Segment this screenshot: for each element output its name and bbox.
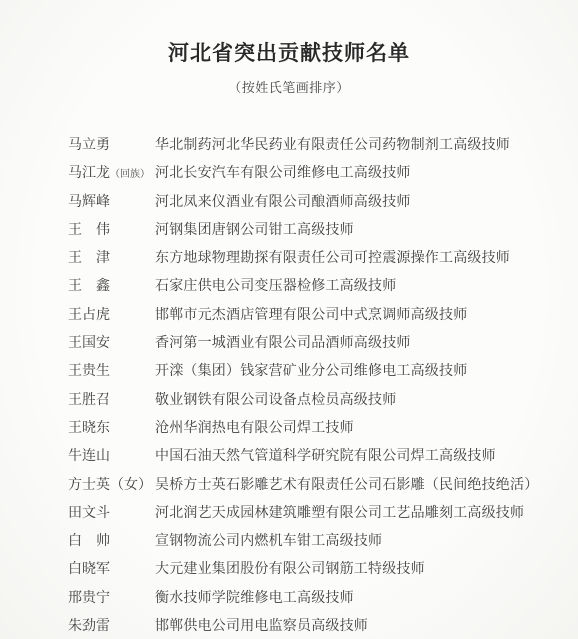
person-name-text: 牛连山 <box>68 449 110 464</box>
person-name: 方士英（女） <box>68 474 155 494</box>
roster-row: 朱劲雷 邯郸供电公司用电监察员高级技师 <box>68 615 558 639</box>
person-position: 大元建业集团股份有限公司钢筋工特级技师 <box>155 558 425 578</box>
roster-row: 白晓军 大元建业集团股份有限公司钢筋工特级技师 <box>68 558 558 586</box>
roster-row: 白 帅 宣钢物流公司内燃机车钳工高级技师 <box>68 530 558 558</box>
roster-row: 王 鑫 石家庄供电公司变压器检修工高级技师 <box>68 275 558 303</box>
person-name: 朱劲雷 <box>68 615 155 635</box>
person-name: 马江龙（回族） <box>68 162 155 182</box>
person-name: 王 伟 <box>68 219 155 239</box>
person-name-text: 王 伟 <box>68 223 110 238</box>
person-name-text: 方士英（女） <box>68 478 152 493</box>
person-position: 河北润艺天成园林建筑雕塑有限公司工艺品雕刻工高级技师 <box>155 502 524 522</box>
roster-row: 王胜召 敬业钢铁有限公司设备点检员高级技师 <box>68 389 558 417</box>
person-position: 吴桥方士英石影雕艺术有限责任公司石影雕（民间绝技绝活） <box>155 474 538 494</box>
person-name: 王国安 <box>68 332 155 352</box>
person-name: 王 津 <box>68 247 155 267</box>
person-position: 河钢集团唐钢公司钳工高级技师 <box>155 219 354 239</box>
person-name-text: 邢贵宁 <box>68 591 110 606</box>
document-page: 河北省突出贡献技师名单 （按姓氏笔画排序） 马立勇 华北制药河北华民药业有限责任… <box>0 0 578 639</box>
person-name: 马立勇 <box>68 134 155 154</box>
person-position: 沧州华润热电有限公司焊工技师 <box>155 417 354 437</box>
person-name-text: 王晓东 <box>68 421 110 436</box>
person-name: 王 鑫 <box>68 275 155 295</box>
person-position: 东方地球物理勘探有限责任公司可控震源操作工高级技师 <box>155 247 510 267</box>
person-position: 河北凤来仪酒业有限公司酿酒师高级技师 <box>155 191 411 211</box>
roster-row: 王贵生 开滦（集团）钱家营矿业分公司维修电工高级技师 <box>68 360 558 388</box>
person-name: 白 帅 <box>68 530 155 550</box>
roster-row: 王 伟 河钢集团唐钢公司钳工高级技师 <box>68 219 558 247</box>
roster-row: 方士英（女） 吴桥方士英石影雕艺术有限责任公司石影雕（民间绝技绝活） <box>68 474 558 502</box>
person-name-text: 王 鑫 <box>68 279 110 294</box>
person-name-text: 白晓军 <box>68 562 110 577</box>
roster-row: 王国安 香河第一城酒业有限公司品酒师高级技师 <box>68 332 558 360</box>
roster-row: 马辉峰 河北凤来仪酒业有限公司酿酒师高级技师 <box>68 191 558 219</box>
roster-row: 牛连山 中国石油天然气管道科学研究院有限公司焊工高级技师 <box>68 445 558 473</box>
person-name: 王胜召 <box>68 389 155 409</box>
roster-row: 邢贵宁 衡水技师学院维修电工高级技师 <box>68 587 558 615</box>
roster-row: 马江龙（回族） 河北长安汽车有限公司维修电工高级技师 <box>68 162 558 190</box>
person-position: 邯郸供电公司用电监察员高级技师 <box>155 615 368 635</box>
person-name-text: 王占虎 <box>68 308 110 323</box>
roster-row: 马立勇 华北制药河北华民药业有限责任公司药物制剂工高级技师 <box>68 134 558 162</box>
person-position: 河北长安汽车有限公司维修电工高级技师 <box>155 162 411 182</box>
person-name: 王晓东 <box>68 417 155 437</box>
person-name-text: 马辉峰 <box>68 195 110 210</box>
page-subtitle: （按姓氏笔画排序） <box>0 80 578 95</box>
roster-row: 王晓东 沧州华润热电有限公司焊工技师 <box>68 417 558 445</box>
person-name-text: 白 帅 <box>68 534 110 549</box>
person-position: 中国石油天然气管道科学研究院有限公司焊工高级技师 <box>155 445 496 465</box>
person-name: 白晓军 <box>68 558 155 578</box>
person-name: 马辉峰 <box>68 191 155 211</box>
person-name-text: 田文斗 <box>68 506 110 521</box>
person-position: 衡水技师学院维修电工高级技师 <box>155 587 354 607</box>
person-name: 邢贵宁 <box>68 587 155 607</box>
person-name: 王占虎 <box>68 304 155 324</box>
person-name: 王贵生 <box>68 360 155 380</box>
person-name-text: 朱劲雷 <box>68 619 110 634</box>
roster-row: 王占虎 邯郸市元杰酒店管理有限公司中式烹调师高级技师 <box>68 304 558 332</box>
page-title: 河北省突出贡献技师名单 <box>0 0 578 65</box>
person-name-text: 王国安 <box>68 336 110 351</box>
person-name-text: 王贵生 <box>68 364 110 379</box>
person-name-text: 王 津 <box>68 251 110 266</box>
person-position: 开滦（集团）钱家营矿业分公司维修电工高级技师 <box>155 360 467 380</box>
person-position: 邯郸市元杰酒店管理有限公司中式烹调师高级技师 <box>155 304 467 324</box>
person-name: 牛连山 <box>68 445 155 465</box>
roster-row: 王 津 东方地球物理勘探有限责任公司可控震源操作工高级技师 <box>68 247 558 275</box>
person-position: 敬业钢铁有限公司设备点检员高级技师 <box>155 389 396 409</box>
person-position: 香河第一城酒业有限公司品酒师高级技师 <box>155 332 411 352</box>
technician-roster: 马立勇 华北制药河北华民药业有限责任公司药物制剂工高级技师 马江龙（回族） 河北… <box>0 134 578 639</box>
person-ethnicity-note: （回族） <box>110 169 150 180</box>
person-name-text: 王胜召 <box>68 393 110 408</box>
person-name-text: 马江龙 <box>68 166 110 181</box>
person-position: 宣钢物流公司内燃机车钳工高级技师 <box>155 530 382 550</box>
person-name: 田文斗 <box>68 502 155 522</box>
roster-row: 田文斗 河北润艺天成园林建筑雕塑有限公司工艺品雕刻工高级技师 <box>68 502 558 530</box>
person-name-text: 马立勇 <box>68 138 110 153</box>
person-position: 石家庄供电公司变压器检修工高级技师 <box>155 275 396 295</box>
person-position: 华北制药河北华民药业有限责任公司药物制剂工高级技师 <box>155 134 510 154</box>
